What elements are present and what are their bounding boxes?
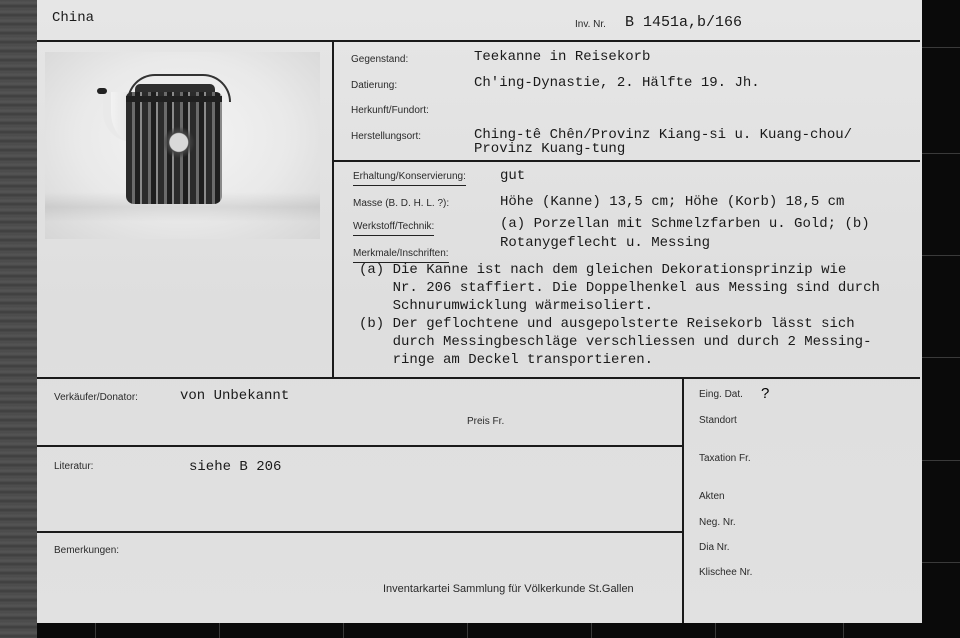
field-label-herkunft: Herkunft/Fundort: xyxy=(351,105,429,116)
background-grid-line xyxy=(922,357,960,358)
background-fabric-strip xyxy=(0,0,37,638)
background-grid-line xyxy=(843,623,844,638)
background-grid-line xyxy=(922,562,960,563)
marks-line: durch Messingbeschläge verschliessen und… xyxy=(359,335,871,350)
column-divider xyxy=(682,377,684,623)
field-label-datierung: Datierung: xyxy=(351,80,397,91)
background-grid-line xyxy=(591,623,592,638)
field-label-herstellungsort: Herstellungsort: xyxy=(351,131,421,142)
side-label-taxation: Taxation Fr. xyxy=(699,453,751,464)
inv-nr-value: B 1451a,b/166 xyxy=(625,15,742,30)
section-divider xyxy=(37,445,683,447)
background-grid-line xyxy=(715,623,716,638)
field-value-datierung: Ch'ing-Dynastie, 2. Hälfte 19. Jh. xyxy=(474,76,760,91)
field-value-verkaeufer: von Unbekannt xyxy=(180,389,289,404)
inventory-card: China Inv. Nr. B 1451a,b/166 Gegenstand:… xyxy=(37,0,922,623)
object-photo xyxy=(45,52,320,239)
section-divider xyxy=(37,377,920,379)
field-value-werkstoff-2: Rotanygeflecht u. Messing xyxy=(500,236,710,251)
column-divider xyxy=(332,40,334,378)
side-label-dia-nr: Dia Nr. xyxy=(699,542,730,553)
field-value-herstellungsort-2: Provinz Kuang-tung xyxy=(474,142,625,157)
section-divider xyxy=(332,160,920,162)
field-value-literatur: siehe B 206 xyxy=(189,460,281,475)
region-label: China xyxy=(52,11,94,26)
inv-nr-label: Inv. Nr. xyxy=(575,19,606,30)
background-grid-line xyxy=(922,153,960,154)
header-divider xyxy=(37,40,920,42)
marks-line: Schnurumwicklung wärmeisoliert. xyxy=(359,299,653,314)
background-grid-line xyxy=(922,255,960,256)
field-value-gegenstand: Teekanne in Reisekorb xyxy=(474,50,650,65)
field-label-masse: Masse (B. D. H. L. ?): xyxy=(353,198,449,209)
field-value-masse: Höhe (Kanne) 13,5 cm; Höhe (Korb) 18,5 c… xyxy=(500,195,844,210)
side-value-eing-dat: ? xyxy=(761,386,769,401)
marks-line: (a) Die Kanne ist nach dem gleichen Deko… xyxy=(359,263,846,278)
marks-line: (b) Der geflochtene und ausgepolsterte R… xyxy=(359,317,855,332)
side-label-neg-nr: Neg. Nr. xyxy=(699,517,736,528)
marks-line: ringe am Deckel transportieren. xyxy=(359,353,653,368)
field-label-literatur: Literatur: xyxy=(54,461,93,472)
side-label-standort: Standort xyxy=(699,415,737,426)
field-value-erhaltung: gut xyxy=(500,169,525,184)
field-label-verkaeufer: Verkäufer/Donator: xyxy=(54,392,138,403)
field-label-erhaltung: Erhaltung/Konservierung: xyxy=(353,171,466,186)
field-label-bemerkungen: Bemerkungen: xyxy=(54,545,119,556)
field-label-merkmale: Merkmale/Inschriften: xyxy=(353,248,449,263)
background-grid-line xyxy=(343,623,344,638)
marks-line: Nr. 206 staffiert. Die Doppelhenkel aus … xyxy=(359,281,880,296)
background-grid-line xyxy=(922,460,960,461)
section-divider xyxy=(37,531,683,533)
field-label-werkstoff: Werkstoff/Technik: xyxy=(353,221,434,236)
field-label-gegenstand: Gegenstand: xyxy=(351,54,408,65)
background-grid-line xyxy=(219,623,220,638)
background-grid-line xyxy=(95,623,96,638)
background-grid-line xyxy=(467,623,468,638)
background-grid-line xyxy=(922,47,960,48)
field-label-preis: Preis Fr. xyxy=(467,416,504,427)
field-value-werkstoff-1: (a) Porzellan mit Schmelzfarben u. Gold;… xyxy=(500,217,870,232)
card-footer: Inventarkartei Sammlung für Völkerkunde … xyxy=(383,583,634,595)
side-label-akten: Akten xyxy=(699,491,725,502)
side-label-klischee-nr: Klischee Nr. xyxy=(699,567,752,578)
teapot-photo-icon xyxy=(126,92,222,204)
side-label-eing-dat: Eing. Dat. xyxy=(699,389,743,400)
